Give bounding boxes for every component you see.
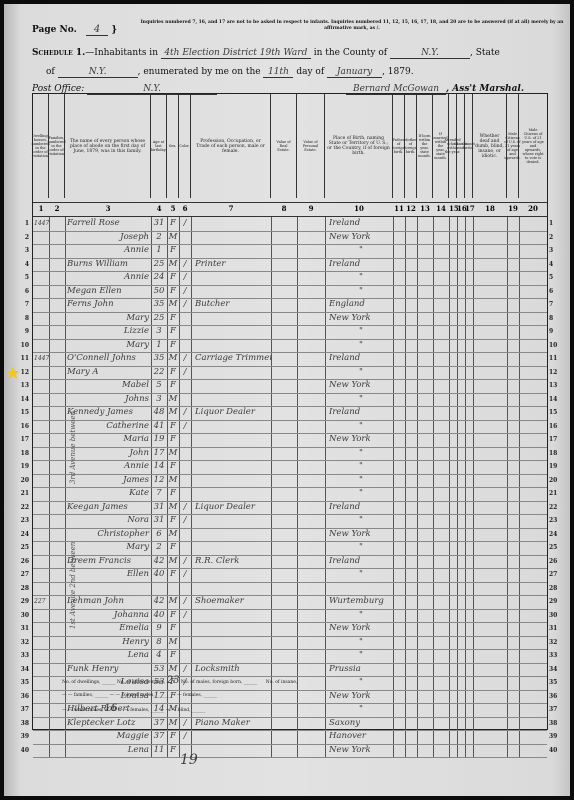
birthplace: New York [329, 379, 393, 392]
col-9-header: Value of Personal Estate. [297, 94, 325, 198]
col-num: 3 [65, 204, 151, 213]
dwelling-number [34, 433, 49, 446]
table-row: 2626Dreem Francis42M/R.R. ClerkIreland [33, 555, 547, 570]
row-number-left: 3 [11, 244, 29, 257]
sex: F [167, 366, 179, 379]
age: 4 [151, 649, 167, 662]
table-row: 1818John17M" [33, 447, 547, 462]
occupation [195, 636, 271, 649]
birthplace: " [329, 366, 393, 379]
row-number-left: 40 [11, 744, 29, 757]
sex: M [167, 717, 179, 730]
row-number-left: 9 [11, 325, 29, 338]
col-num: 20 [519, 204, 547, 213]
dwelling-number [34, 325, 49, 338]
dwelling-number: 1447 [34, 217, 49, 230]
age: 50 [151, 285, 167, 298]
age: 24 [151, 271, 167, 284]
occupation [195, 366, 271, 379]
dwelling-number [34, 622, 49, 635]
occupation: R.R. Clerk [195, 555, 271, 568]
occupation [195, 730, 271, 743]
census-page: Page No. 4 } Inquiries numbered 7, 16, a… [4, 4, 570, 796]
table-row: 4040Lena11FNew York [33, 744, 547, 759]
sex: M [167, 555, 179, 568]
dwelling-number [34, 501, 49, 514]
occupation [195, 325, 271, 338]
row-number-left: 24 [11, 528, 29, 541]
person-name: Lehman John [67, 595, 151, 608]
col-2-header: Families, numbered in the order of visit… [49, 94, 65, 198]
row-number-left: 26 [11, 555, 29, 568]
occupation: Piano Maker [195, 717, 271, 730]
col-13-header: If born within the year, state month. [417, 94, 433, 198]
age: 31 [151, 501, 167, 514]
sex: M [167, 474, 179, 487]
enumeration-line: of N.Y., enumerated by me on the 11th da… [46, 67, 414, 78]
occupation: Carriage Trimmer [195, 352, 271, 365]
occupation [195, 541, 271, 554]
person-name: Annie [67, 460, 151, 473]
birthplace: " [329, 393, 393, 406]
col-num: 5 [167, 204, 179, 213]
person-name: Mary [67, 339, 151, 352]
person-name: Maggie [67, 730, 151, 743]
color-mark: / [179, 595, 191, 608]
schedule-label: Schedule 1. [32, 48, 85, 58]
star-icon: ★ [5, 365, 21, 383]
sex: F [167, 271, 179, 284]
color-mark: / [179, 730, 191, 743]
color-mark [179, 474, 191, 487]
row-number-left: 29 [11, 595, 29, 608]
row-number-right: 16 [549, 420, 565, 433]
row-number-right: 10 [549, 339, 565, 352]
col-8-header: Value of Real Estate. [271, 94, 297, 198]
row-number-left: 16 [11, 420, 29, 433]
table-row: 2929227Lehman John42M/ShoemakerWurtembur… [33, 595, 547, 610]
occupation [195, 460, 271, 473]
color-mark [179, 433, 191, 446]
table-row: 3838Kleptecker Lotz37M/Piano MakerSaxony [33, 717, 547, 732]
occupation [195, 271, 271, 284]
sex: M [167, 595, 179, 608]
person-name: Christopher [67, 528, 151, 541]
color-mark: / [179, 420, 191, 433]
color-mark [179, 649, 191, 662]
row-number-right: 9 [549, 325, 565, 338]
sex: F [167, 285, 179, 298]
age: 37 [151, 730, 167, 743]
white-females-value: 23 [167, 675, 180, 686]
col-12-header: Mother of foreign birth. [405, 94, 417, 198]
color-mark [179, 447, 191, 460]
birthplace: " [329, 325, 393, 338]
occupation [195, 217, 271, 230]
row-number-right: 19 [549, 460, 565, 473]
birthplace: Saxony [329, 717, 393, 730]
sex: F [167, 379, 179, 392]
birthplace: Ireland [329, 555, 393, 568]
birthplace: " [329, 271, 393, 284]
dwellings-label: No. of dwellings, [62, 680, 100, 685]
sex: M [167, 352, 179, 365]
inhabitants-label: —Inhabitants in [85, 48, 158, 58]
table-row: 77Ferns John35M/ButcherEngland [33, 298, 547, 313]
age: 31 [151, 514, 167, 527]
age: 11 [151, 744, 167, 757]
age: 41 [151, 420, 167, 433]
col-num: 12 [405, 204, 417, 213]
col-num: 6 [179, 204, 191, 213]
row-number-left: 21 [11, 487, 29, 500]
color-mark: / [179, 352, 191, 365]
table-row: 1919Annie14F" [33, 460, 547, 475]
dwelling-number [34, 258, 49, 271]
page-number: Page No. 4 } [32, 24, 117, 35]
age: 40 [151, 568, 167, 581]
occupation [195, 339, 271, 352]
color-mark [179, 541, 191, 554]
table-row: 3232Henry8M" [33, 636, 547, 651]
color-mark: / [179, 717, 191, 730]
color-mark: / [179, 285, 191, 298]
col-num: 17 [465, 204, 473, 213]
occupation [195, 487, 271, 500]
row-number-left: 19 [11, 460, 29, 473]
row-number-right: 15 [549, 406, 565, 419]
sex: F [167, 622, 179, 635]
table-row: 2828 [33, 582, 547, 597]
color-mark [179, 339, 191, 352]
color-mark: / [179, 555, 191, 568]
occupation [195, 447, 271, 460]
table-row: 44Burns William25M/PrinterIreland [33, 258, 547, 273]
col-num: 15 [449, 204, 457, 213]
day-of-label: day of [296, 67, 324, 77]
table-row: 55Annie24F/" [33, 271, 547, 286]
occupation [195, 433, 271, 446]
person-name: O'Connell Johns [67, 352, 151, 365]
birthplace: " [329, 541, 393, 554]
birthplace: " [329, 568, 393, 581]
birthplace: New York [329, 528, 393, 541]
occupation [195, 420, 271, 433]
insane-label: No. of insane, [266, 680, 298, 685]
color-mark: / [179, 568, 191, 581]
color-mark [179, 528, 191, 541]
person-name: Ellen [67, 568, 151, 581]
col-num: 1 [33, 204, 49, 213]
sex: F [167, 568, 179, 581]
row-number-right: 12 [549, 366, 565, 379]
birthplace: " [329, 703, 393, 716]
color-mark: / [179, 271, 191, 284]
occupation [195, 622, 271, 635]
row-number-left: 5 [11, 271, 29, 284]
row-number-left: 8 [11, 312, 29, 325]
sex: F [167, 217, 179, 230]
row-number-right: 37 [549, 703, 565, 716]
person-name: Maria [67, 433, 151, 446]
sex: F [167, 649, 179, 662]
occupation [195, 528, 271, 541]
row-number-right: 30 [549, 609, 565, 622]
person-name: Annie [67, 271, 151, 284]
row-number-left: 39 [11, 730, 29, 743]
row-number-left: 33 [11, 649, 29, 662]
schedule-line: Schedule 1.—Inhabitants in 4th Election … [32, 48, 500, 59]
dwelling-number [34, 649, 49, 662]
birthplace: " [329, 447, 393, 460]
col-num: 4 [151, 204, 167, 213]
occupation [195, 744, 271, 757]
age: 3 [151, 393, 167, 406]
occupation [195, 244, 271, 257]
birthplace: Ireland [329, 406, 393, 419]
month-value: January [327, 67, 382, 78]
age: 1 [151, 339, 167, 352]
table-row: 11111447O'Connell Johns35M/Carriage Trim… [33, 352, 547, 367]
age: 25 [151, 258, 167, 271]
table-row: 2121Kate7F" [33, 487, 547, 502]
color-mark: / [179, 298, 191, 311]
age: 14 [151, 460, 167, 473]
dwelling-number [34, 474, 49, 487]
col-num: 7 [191, 204, 271, 213]
dwelling-number [34, 393, 49, 406]
dwelling-number [34, 744, 49, 757]
person-name: Henry [67, 636, 151, 649]
dwelling-number: 227 [34, 595, 49, 608]
row-number-left: 18 [11, 447, 29, 460]
age: 48 [151, 406, 167, 419]
birthplace: New York [329, 433, 393, 446]
row-number-right: 5 [549, 271, 565, 284]
row-number-right: 29 [549, 595, 565, 608]
dwelling-number [34, 487, 49, 500]
age: 5 [151, 379, 167, 392]
color-mark: / [179, 514, 191, 527]
table-row: 66Megan Ellen50F/" [33, 285, 547, 300]
dwelling-number [34, 298, 49, 311]
row-number-left: 37 [11, 703, 29, 716]
table-row: 33Annie1F" [33, 244, 547, 259]
table-row: 22Joseph2MNew York [33, 231, 547, 246]
person-name: Megan Ellen [67, 285, 151, 298]
dwelling-number [34, 244, 49, 257]
census-table: Dwelling-houses, numbered in the order o… [32, 93, 548, 730]
enumerated-label: , enumerated by me on the [138, 67, 261, 77]
row-number-right: 17 [549, 433, 565, 446]
sex: F [167, 460, 179, 473]
table-row: 1212Mary A22F/" [33, 366, 547, 381]
person-name: Mary A [67, 366, 151, 379]
birthplace: New York [329, 690, 393, 703]
dwelling-number [34, 555, 49, 568]
col-num: 9 [297, 204, 325, 213]
sex: F [167, 244, 179, 257]
occupation [195, 568, 271, 581]
occupation: Butcher [195, 298, 271, 311]
person-name: Catherine [67, 420, 151, 433]
year-value: , 1879. [382, 67, 414, 77]
row-number-right: 31 [549, 622, 565, 635]
color-mark [179, 582, 191, 595]
page-stamp: 19 [180, 752, 198, 768]
row-number-left: 38 [11, 717, 29, 730]
occupation: Liquor Dealer [195, 406, 271, 419]
row-number-left: 28 [11, 582, 29, 595]
birthplace: " [329, 514, 393, 527]
color-mark: / [179, 258, 191, 271]
birthplace: New York [329, 312, 393, 325]
age: 2 [151, 231, 167, 244]
dwelling-number [34, 528, 49, 541]
table-row: 1414Johns3M" [33, 393, 547, 408]
dwelling-number [34, 231, 49, 244]
sex: F [167, 744, 179, 757]
col-3-header: The name of every person whose place of … [65, 94, 151, 198]
table-row: 88Mary25FNew York [33, 312, 547, 327]
age: 7 [151, 487, 167, 500]
col-num: 16 [457, 204, 465, 213]
row-number-left: 23 [11, 514, 29, 527]
row-number-right: 40 [549, 744, 565, 757]
age: 42 [151, 555, 167, 568]
row-number-right: 1 [549, 217, 565, 230]
birthplace: England [329, 298, 393, 311]
color-mark [179, 379, 191, 392]
table-row: 111447Farrell Rose31F/Ireland [33, 217, 547, 232]
color-mark [179, 460, 191, 473]
person-name: Annie [67, 244, 151, 257]
dwelling-number [34, 717, 49, 730]
dwelling-number [34, 636, 49, 649]
state-value: N.Y. [58, 67, 138, 78]
dwelling-number [34, 312, 49, 325]
sex: F [167, 514, 179, 527]
person-name: John [67, 447, 151, 460]
table-row: 2020James12M" [33, 474, 547, 489]
person-name: Johns [67, 393, 151, 406]
sex: M [167, 258, 179, 271]
person-name: Lena [67, 649, 151, 662]
birthplace: " [329, 285, 393, 298]
table-row: 2525Mary2F" [33, 541, 547, 556]
age: 12 [151, 474, 167, 487]
color-mark [179, 325, 191, 338]
row-number-right: 36 [549, 690, 565, 703]
dwelling-number [34, 609, 49, 622]
dwelling-number [34, 271, 49, 284]
margin-note: 1st Avenue 2nd between [69, 542, 77, 629]
birthplace: Ireland [329, 501, 393, 514]
row-number-left: 10 [11, 339, 29, 352]
row-number-right: 21 [549, 487, 565, 500]
table-row: 1515Kennedy James48M/Liquor DealerIrelan… [33, 406, 547, 421]
person-name: Keegan James [67, 501, 151, 514]
of-label: of [46, 67, 55, 77]
sex [167, 582, 179, 595]
row-number-right: 3 [549, 244, 565, 257]
sex: F [167, 730, 179, 743]
row-number-left: 2 [11, 231, 29, 244]
dwelling-number [34, 676, 49, 689]
sex: M [167, 298, 179, 311]
row-number-left: 25 [11, 541, 29, 554]
row-number-right: 33 [549, 649, 565, 662]
birthplace: New York [329, 622, 393, 635]
birthplace: Hanover [329, 730, 393, 743]
colored-males-label: colored males, [121, 693, 154, 698]
page-no-value: 4 [86, 24, 108, 36]
birthplace: " [329, 487, 393, 500]
dwelling-number [34, 582, 49, 595]
occupation: Shoemaker [195, 595, 271, 608]
occupation [195, 649, 271, 662]
row-number-right: 11 [549, 352, 565, 365]
table-row: 3333Lena4F" [33, 649, 547, 664]
occupation [195, 582, 271, 595]
birthplace: Prussia [329, 663, 393, 676]
sex: F [167, 312, 179, 325]
person-name: Mary [67, 312, 151, 325]
sex: M [167, 393, 179, 406]
row-number-right: 23 [549, 514, 565, 527]
row-number-right: 18 [549, 447, 565, 460]
row-number-left: 36 [11, 690, 29, 703]
birthplace: Ireland [329, 258, 393, 271]
row-number-left: 17 [11, 433, 29, 446]
sex: M [167, 406, 179, 419]
table-row: 3939Maggie37F/Hanover [33, 730, 547, 745]
col-17-header: Cannot write. [465, 94, 473, 198]
occupation [195, 231, 271, 244]
table-row: 1010Mary1F" [33, 339, 547, 354]
dwelling-number: 1447 [34, 352, 49, 365]
dwelling-number [34, 730, 49, 743]
person-name: Mabel [67, 379, 151, 392]
person-name: Kennedy James [67, 406, 151, 419]
birthplace: " [329, 676, 393, 689]
row-number-right: 27 [549, 568, 565, 581]
col-num: 8 [271, 204, 297, 213]
dwelling-number [34, 703, 49, 716]
table-row: 1717Maria19FNew York [33, 433, 547, 448]
birthplace: " [329, 649, 393, 662]
occupation: Liquor Dealer [195, 501, 271, 514]
row-number-right: 28 [549, 582, 565, 595]
dwelling-number [34, 460, 49, 473]
age: 40 [151, 609, 167, 622]
dwelling-number [34, 514, 49, 527]
table-row: 3030Johanna40F/" [33, 609, 547, 624]
sex: M [167, 636, 179, 649]
dwelling-number [34, 568, 49, 581]
county-value: N.Y. [390, 48, 470, 59]
instructions: Inquiries numbered 7, 16, and 17 are not… [132, 20, 572, 32]
table-row: 1616Catherine41F/" [33, 420, 547, 435]
col-num: 10 [325, 204, 393, 213]
color-mark: / [179, 217, 191, 230]
dwelling-number [34, 366, 49, 379]
occupation [195, 312, 271, 325]
col-18-header: Whether deaf and dumb, blind, insane, or… [473, 94, 507, 198]
page-no-label: Page No. [32, 25, 77, 35]
col-7-header: Profession, Occupation, or Trade of each… [191, 94, 271, 198]
person-name: Nora [67, 514, 151, 527]
